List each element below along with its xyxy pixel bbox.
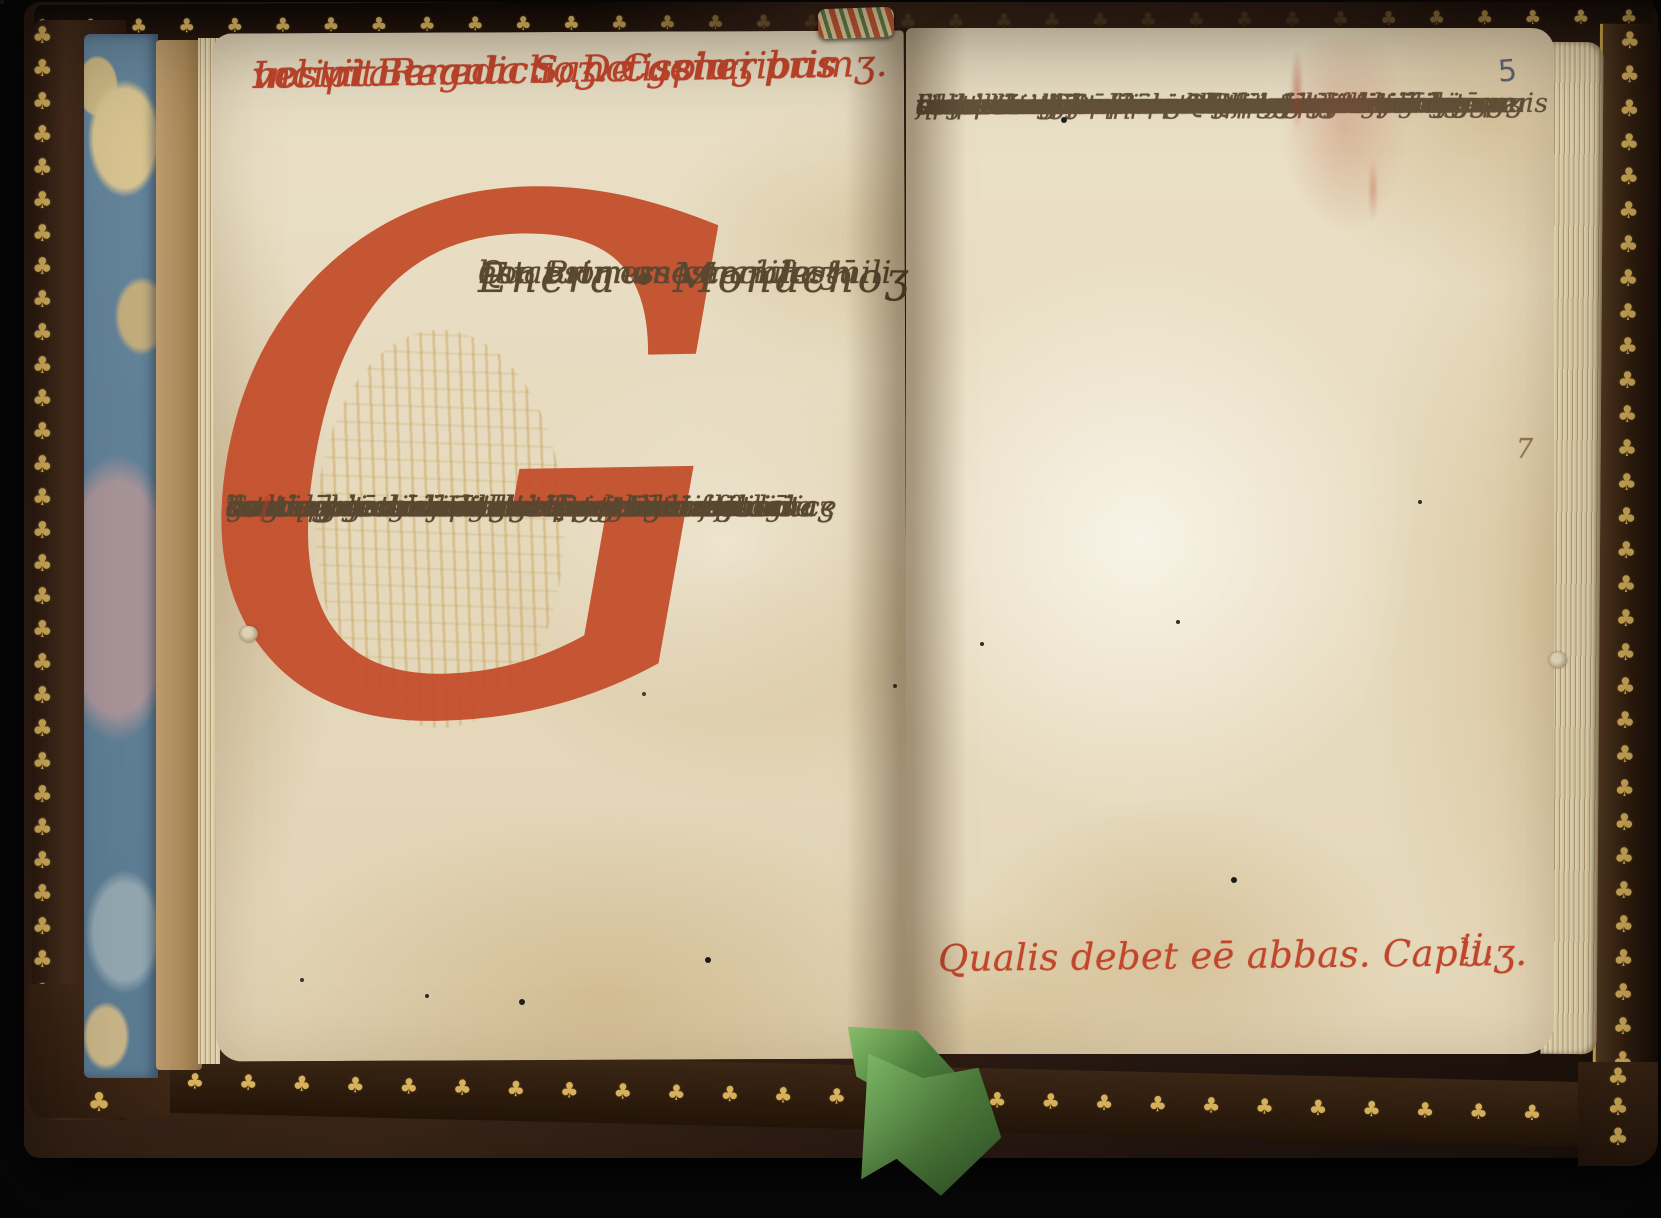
sewn-endband [817, 7, 894, 40]
right-page-chapter-rubric: Qualis debet eē abbas. Capluʒ. [938, 931, 1528, 980]
marbled-endpaper [84, 34, 158, 1078]
wormhole-right-page [1549, 652, 1567, 668]
text-line: disponendū adiuvante dōmino veniamus. [916, 82, 1477, 129]
gold-tooling-corner-bottom-right: ♣ ♣ ♣ [1578, 1062, 1658, 1166]
chapter-number-rubric: ij. [1460, 928, 1494, 968]
pencil-folio-number: 5 [1497, 53, 1518, 89]
ink-specks [0, 0, 4, 4]
gold-stamp-column: ♣ ♣ ♣ ♣ ♣ ♣ ♣ ♣ ♣ ♣ ♣ ♣ ♣ ♣ ♣ ♣ ♣ ♣ ♣ ♣ … [32, 20, 53, 1109]
text-line: hoc est monasteriale. mili [478, 250, 892, 297]
manuscript-photo: ♣ ♣ ♣ ♣ ♣ ♣ ♣ ♣ ♣ ♣ ♣ ♣ ♣ ♣ ♣ ♣ ♣ ♣ ♣ ♣ … [0, 0, 1661, 1218]
faint-quire-mark: 7 [1516, 434, 1533, 465]
right-page [906, 28, 1554, 1054]
rubric-line: vel vita monachoʒ. Capluʒ primʒ. [252, 34, 888, 105]
wormhole-left-page [240, 626, 258, 642]
text-line: genus est sarabaitaʒ. Qui nulla regula [226, 486, 779, 529]
